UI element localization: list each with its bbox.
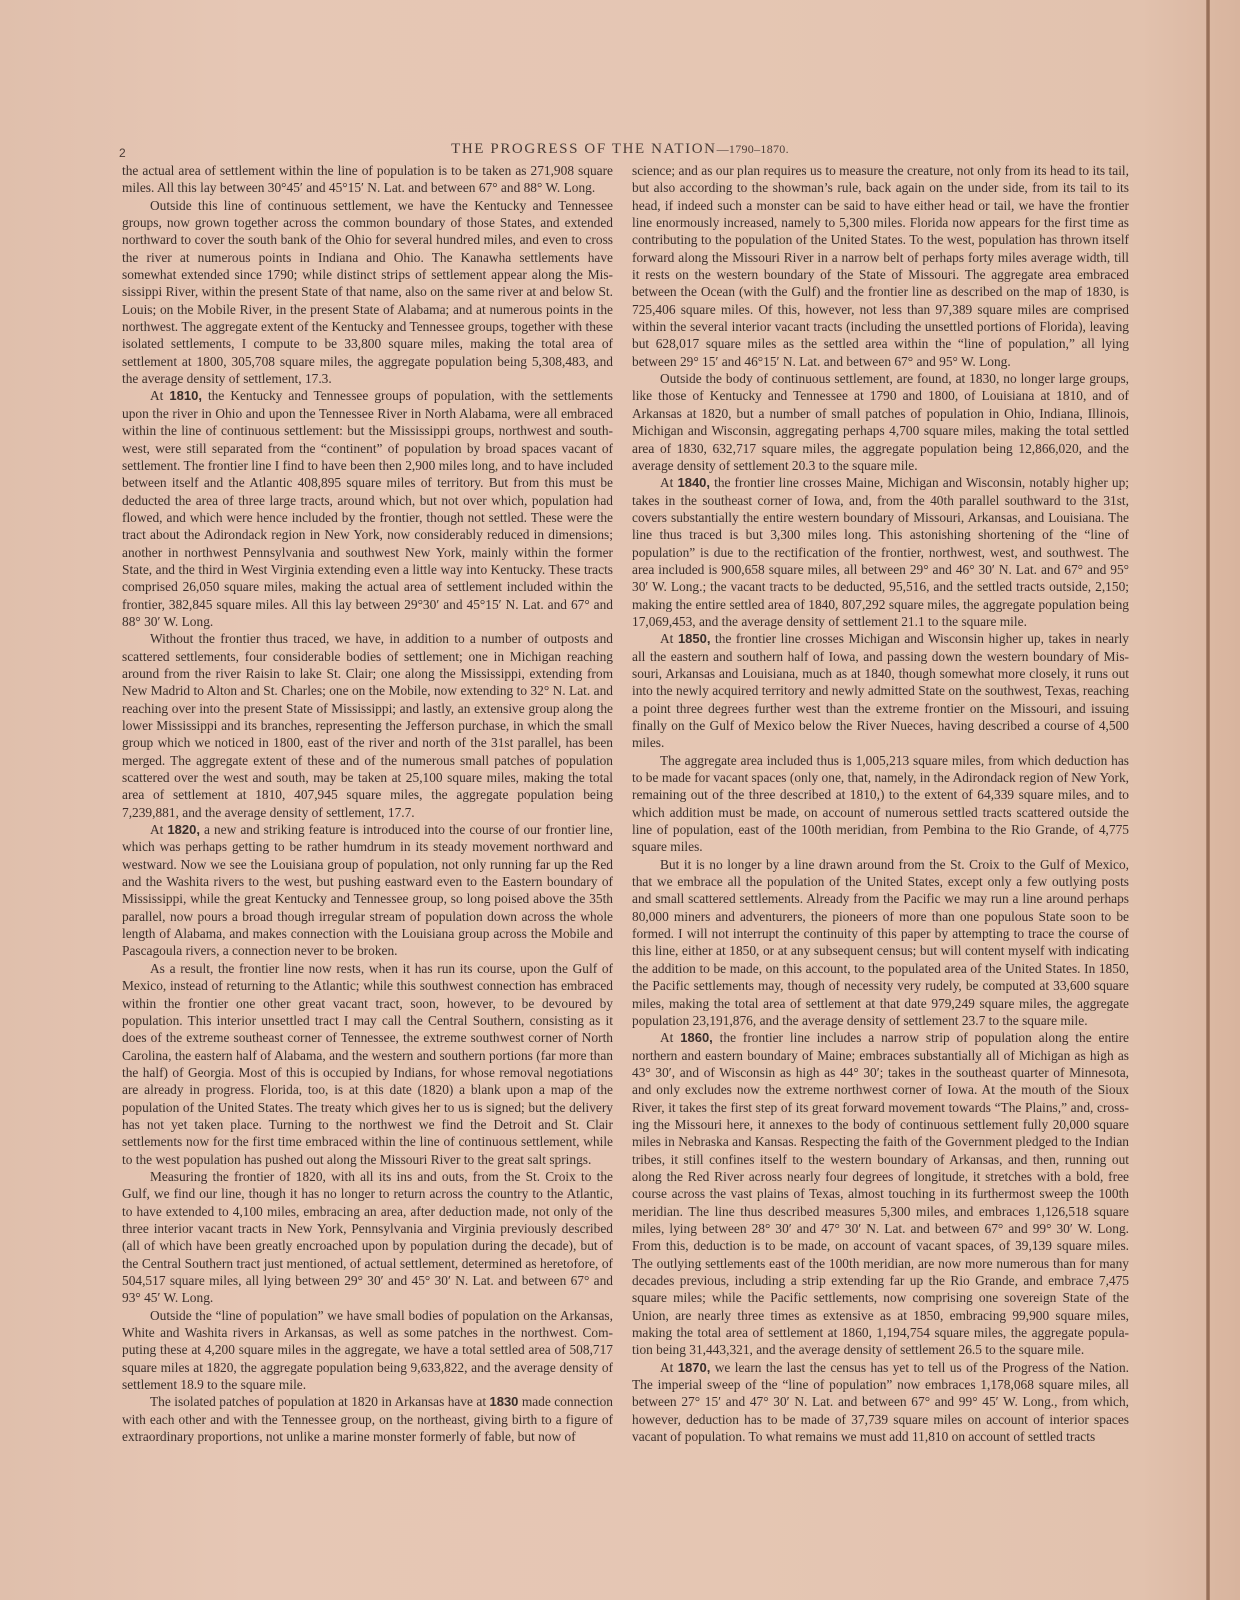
paragraph-1860: At 1860, the frontier line includes a na…: [632, 1029, 1129, 1359]
running-head-title: THE PROGRESS OF THE NATION: [451, 141, 717, 157]
census-year-label: 1830: [489, 1394, 518, 1409]
page-gutter-line: [1206, 0, 1210, 1600]
census-year-label: 1820,: [167, 822, 200, 837]
census-year-label: 1810,: [169, 388, 202, 403]
census-year-label: 1850,: [678, 631, 711, 646]
census-year-label: 1860,: [680, 1030, 713, 1045]
paragraph-1870: At 1870, we learn the last the census ha…: [632, 1359, 1129, 1446]
right-text-column: science; and as our plan requires us to …: [632, 162, 1129, 1445]
paragraph-1820: At 1820, a new and striking feature is i…: [122, 821, 613, 960]
paragraph: Without the frontier thus traced, we hav…: [122, 630, 613, 821]
paragraph: As a result, the frontier line now rests…: [122, 960, 613, 1168]
running-head-years: —1790–1870.: [717, 142, 789, 156]
paragraph: But it is no longer by a line drawn arou…: [632, 856, 1129, 1029]
book-page: 2 THE PROGRESS OF THE NATION—1790–1870. …: [0, 0, 1240, 1600]
paragraph-1810: At 1810, the Kentucky and Tennessee grou…: [122, 387, 613, 630]
left-text-column: the actual area of settlement within the…: [122, 162, 613, 1445]
paragraph: Outside the “line of population” we have…: [122, 1307, 613, 1394]
paragraph: science; and as our plan requires us to …: [632, 162, 1129, 370]
running-head: THE PROGRESS OF THE NATION—1790–1870.: [0, 141, 1240, 158]
census-year-label: 1870,: [678, 1360, 711, 1375]
paragraph: the actual area of settlement within the…: [122, 162, 613, 197]
paragraph-1840: At 1840, the frontier line crosses Maine…: [632, 474, 1129, 630]
paragraph: Outside this line of continuous settleme…: [122, 197, 613, 388]
paragraph-1830: The isolated patches of population at 18…: [122, 1393, 613, 1445]
paragraph: The aggregate area included thus is 1,00…: [632, 752, 1129, 856]
paragraph-1850: At 1850, the frontier line crosses Michi…: [632, 630, 1129, 751]
census-year-label: 1840,: [677, 475, 710, 490]
paragraph: Measuring the frontier of 1820, with all…: [122, 1168, 613, 1307]
paragraph: Outside the body of continuous settlemen…: [632, 370, 1129, 474]
page-fore-edge: [1210, 0, 1240, 1600]
